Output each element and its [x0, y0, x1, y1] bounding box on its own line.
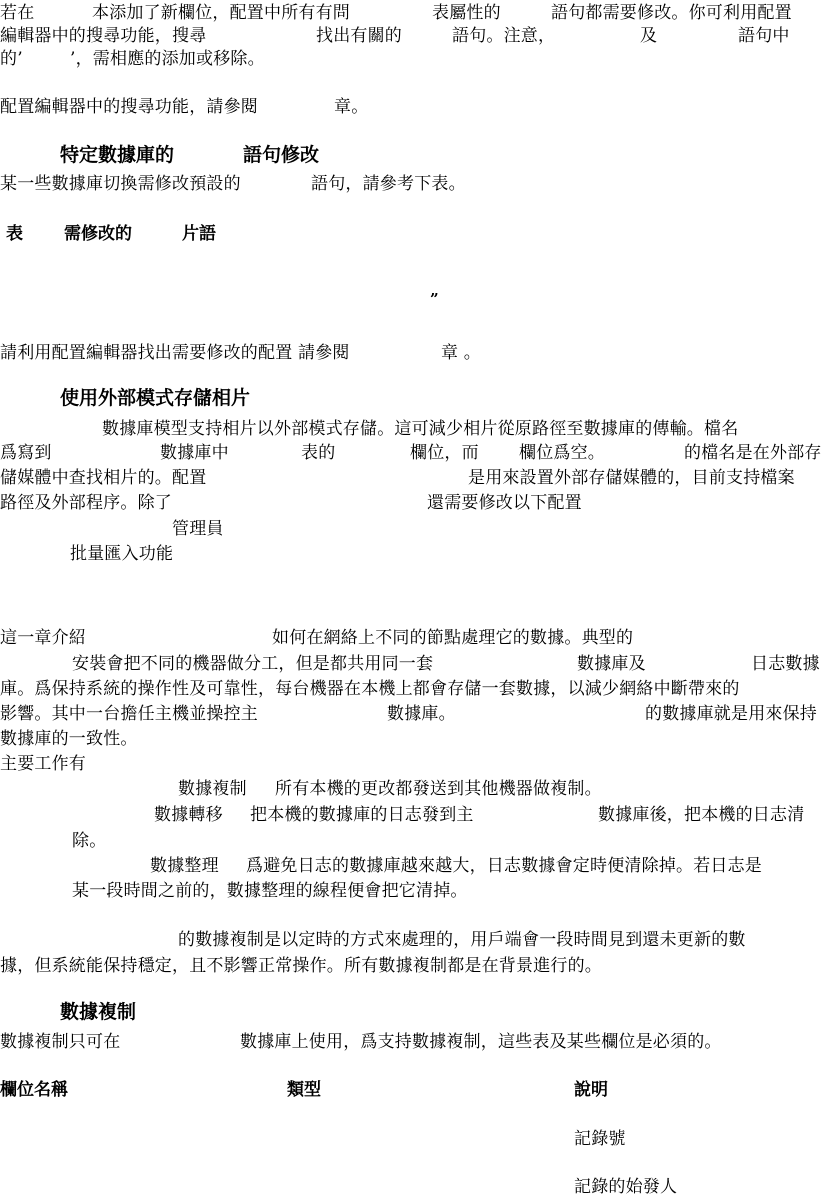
task-description: 數據庫後，把本機的日志清 — [598, 804, 804, 826]
task-description: 除。 — [72, 830, 106, 852]
paragraph-text: 請利用配置編輯器找出需要修改的配置 請參閱 — [0, 342, 350, 364]
paragraph-text: 數據庫上使用，爲支持數據複制，這些表及某些欄位是必須的。 — [240, 1031, 722, 1053]
paragraph-text: 數據庫。 — [387, 703, 456, 725]
section-heading: 語句修改 — [243, 143, 319, 167]
column-header-field-name: 欄位名稱 — [0, 1079, 68, 1101]
section-heading: 特定數據庫的 — [60, 143, 174, 167]
task-description: 把本機的數據庫的日志發到主 — [250, 804, 474, 826]
table-caption: 需修改的 — [64, 223, 132, 245]
task-title: 數據整理 — [150, 855, 219, 877]
paragraph-text: 還需要修改以下配置 — [427, 492, 582, 514]
column-header-type: 類型 — [287, 1079, 321, 1101]
task-description: 爲避免日志的數據庫越來越大，日志數據會定時便清除掉。若日志是 — [246, 855, 762, 877]
paragraph-text: 安裝會把不同的機器做分工，但是都共用同一套 — [72, 653, 433, 675]
task-title: 數據轉移 — [154, 804, 223, 826]
paragraph-text: 數據庫中 — [160, 442, 229, 464]
paragraph-text: 的數據複制是以定時的方式來處理的，用戶端會一段時間見到還未更新的數 — [178, 929, 746, 951]
paragraph-text: 及 — [640, 25, 657, 47]
task-description: 所有本機的更改都發送到其他機器做複制。 — [275, 778, 602, 800]
paragraph-text: 的數據庫就是用來保持 — [645, 703, 817, 725]
paragraph-text: 找出有關的 — [316, 25, 402, 47]
paragraph-text: 數據庫模型支持相片以外部模式存儲。這可減少相片從原路徑至數據庫的傳輸。檔名 — [102, 418, 738, 440]
section-heading: 使用外部模式存儲相片 — [60, 386, 250, 410]
paragraph-text: 語句都需要修改。你可利用配置 — [551, 2, 792, 24]
paragraph-text: 儲媒體中查找相片的。配置 — [0, 467, 206, 489]
paragraph-text: 某一些數據庫切換需修改預設的 — [0, 173, 241, 195]
paragraph-text: 欄位，而 — [410, 442, 479, 464]
table-caption: 表 — [6, 223, 23, 245]
task-description: 某一段時間之前的，數據整理的線程便會把它清掉。 — [72, 880, 468, 902]
cell-description: 記錄號 — [574, 1128, 626, 1150]
column-header-description: 說明 — [574, 1079, 608, 1101]
paragraph-text: 語句中 — [738, 25, 790, 47]
paragraph-text: 若在 — [0, 2, 34, 24]
paragraph-text: 數據庫的一致性。 — [0, 728, 138, 750]
paragraph-text: 庫。爲保持系統的操作性及可靠性，每台機器在本機上都會存儲一套數據，以減少網絡中斷… — [0, 678, 740, 700]
paragraph-text: 路徑及外部程序。除了 — [0, 492, 172, 514]
paragraph-text: 語句，請參考下表。 — [311, 173, 466, 195]
paragraph-text: 影響。其中一台擔任主機並操控主 — [0, 703, 258, 725]
section-heading: 數據複制 — [60, 1000, 136, 1024]
paragraph-text: 欄位爲空。 — [519, 442, 605, 464]
paragraph-text: 章。 — [334, 96, 368, 118]
table-caption: 片語 — [182, 223, 216, 245]
paragraph-text: 主要工作有 — [0, 753, 86, 775]
quote-mark: ” — [430, 290, 439, 308]
paragraph-text: 章 。 — [441, 342, 481, 364]
paragraph-text: 配置編輯器中的搜尋功能，請參閱 — [0, 96, 258, 118]
paragraph-text: 日志數據 — [751, 653, 820, 675]
paragraph-text: 如何在網絡上不同的節點處理它的數據。典型的 — [272, 627, 633, 649]
paragraph-text: 是用來設置外部存儲媒體的，目前支持檔案 — [468, 467, 795, 489]
paragraph-text: 編輯器中的搜尋功能，搜尋 — [0, 25, 206, 47]
paragraph-text: 據，但系統能保持穩定，且不影響正常操作。所有數據複制都是在背景進行的。 — [0, 955, 602, 977]
paragraph-text: 數據庫及 — [577, 653, 646, 675]
paragraph-text: 的’ — [0, 48, 23, 70]
list-item: 批量匯入功能 — [70, 543, 173, 565]
paragraph-text: 數據複制只可在 — [0, 1031, 120, 1053]
cell-description: 記錄的始發人 — [574, 1176, 677, 1196]
list-item: 管理員 — [172, 518, 224, 540]
paragraph-text: 的檔名是在外部存 — [684, 442, 822, 464]
paragraph-text: 表屬性的 — [432, 2, 501, 24]
paragraph-text: 語句。注意， — [452, 25, 555, 47]
task-title: 數據複制 — [178, 778, 247, 800]
paragraph-text: 本添加了新欄位，配置中所有有問 — [92, 2, 350, 24]
paragraph-text: ’，需相應的添加或移除。 — [70, 48, 265, 70]
paragraph-text: 表的 — [301, 442, 335, 464]
paragraph-text: 爲寫到 — [0, 442, 52, 464]
paragraph-text: 這一章介紹 — [0, 627, 86, 649]
